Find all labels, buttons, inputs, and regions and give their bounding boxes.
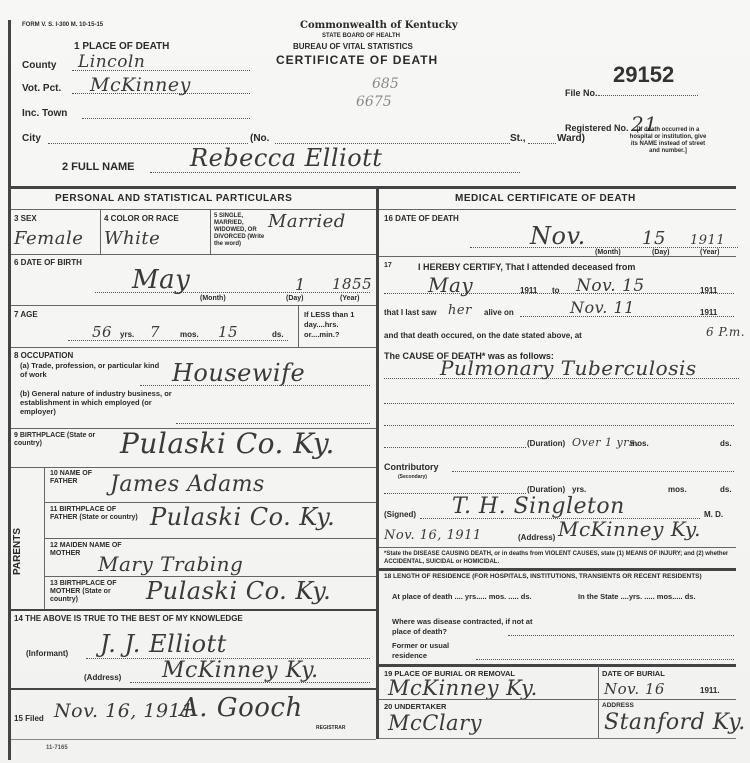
dod-day: 15 [642,228,666,249]
mother-name-value: Mary Trabing [98,552,243,576]
father-name-value: James Adams [110,472,265,497]
month-caption: (Month) [200,295,226,302]
divider [11,209,376,210]
knowledge-label: 14 THE ABOVE IS TRUE TO THE BEST OF MY K… [14,614,243,623]
dob-label: 6 DATE OF BIRTH [14,258,82,267]
vot-pct-value: McKinney [90,74,191,96]
date-of-death-label: 16 DATE OF DEATH [384,214,459,223]
county-label: County [22,60,56,71]
age-label: 7 AGE [14,310,38,319]
filed-label: 15 Filed [14,714,44,723]
months-caption: mos. [180,330,199,339]
alive-on-value: Nov. 11 [570,298,635,317]
bureau-title: BUREAU OF VITAL STATISTICS [293,42,413,51]
age-months: 7 [150,323,160,341]
dob-day: 1 [295,275,306,294]
divider [44,538,376,539]
cause-line-3 [384,425,734,426]
less-than-day-label: If LESS than 1 day....hrs. or....min.? [304,310,374,340]
pencil-note-2: 6675 [356,94,392,110]
race-label: 4 COLOR OR RACE [104,214,179,223]
last-saw-label: that I last saw [384,308,436,317]
secondary-label: (Secondary) [398,474,427,480]
duration-line [384,447,526,448]
age-days: 15 [218,323,238,341]
city-label: City [22,133,41,144]
marital-label: 5 SINGLE, MARRIED, WIDOWED, OR DIVORCED … [214,213,274,248]
divider [11,467,376,468]
divider [379,568,736,571]
divider [11,305,376,306]
alive-on-year: 1911 [700,308,717,317]
duration-label: (Duration) [527,439,565,448]
place-of-death-label: 1 PLACE OF DEATH [74,41,169,52]
contracted-line [508,635,734,636]
contracted-label: Where was disease contracted, if not at … [392,617,542,637]
ward-label: Ward) [557,133,585,144]
birthplace-label: 9 BIRTHPLACE (State or country) [14,432,114,448]
registered-no-label: Registered No. [565,123,629,133]
contributory-line [452,471,734,472]
divider [379,738,736,739]
attended-from-year: 1911 [520,286,537,295]
undertaker-value: McClary [388,711,482,735]
contributory-label: Contributory [384,462,439,472]
board-title: STATE BOARD OF HEALTH [322,33,400,39]
undertaker-address-label: ADDRESS [602,702,634,709]
attended-to: Nov. 15 [576,276,645,296]
sex-label: 3 SEX [14,214,37,223]
dob-year: 1855 [332,275,372,293]
medical-section-title: MEDICAL CERTIFICATE OF DEATH [455,193,636,204]
burial-place-value: McKinney Ky. [388,676,538,700]
full-name-line [150,172,520,173]
in-state-label: In the State ....yrs. ..... mos..... ds. [578,592,738,602]
alive-on-label: alive on [484,308,514,317]
footer-code: 11-7165 [46,745,68,751]
filed-value: Nov. 16, 1911 [54,700,194,722]
mother-birthplace-label: 13 BIRTHPLACE OF MOTHER (State or countr… [50,580,140,604]
cause-line-2 [384,403,734,404]
undertaker-address-value: Stanford Ky. [604,710,746,735]
document-title: CERTIFICATE OF DEATH [276,53,438,67]
dob-month: May [132,265,190,295]
death-certificate: FORM V. S. I-300 M. 10-15-15 Commonwealt… [0,0,750,763]
burial-date-value: Nov. 16 [604,680,665,698]
commonwealth-title: Commonwealth of Kentucky [300,20,458,31]
divider [379,664,736,667]
duration-mos: mos. [630,439,649,448]
cause-footnote: *State the DISEASE CAUSING DEATH, or in … [384,550,736,566]
dod-month-caption: (Month) [595,249,621,256]
hospital-note: [If death occurred in a hospital or inst… [628,127,708,155]
dod-day-caption: (Day) [652,249,670,256]
burial-date-label: DATE OF BURIAL [602,669,665,678]
death-time: 6 P.m. [706,325,745,339]
signed-label: (Signed) [384,510,416,519]
at-place-label: At place of death .... yrs..... mos. ...… [392,592,572,602]
duration2-yrs: yrs. [572,485,586,494]
death-occurred-text: and that death occured, on the date stat… [384,331,582,340]
divider [11,739,376,740]
divider [11,347,376,348]
attended-from: May [428,273,473,297]
vot-pct-label: Vot. Pct. [22,83,61,94]
signed-date: Nov. 16, 1911 [384,528,482,543]
informant-value: J. J. Elliott [100,630,227,658]
divider [100,209,101,254]
to-label: to [552,286,560,295]
left-border [8,20,11,760]
occupation-value: Housewife [172,359,305,387]
father-birthplace-value: Pulaski Co. Ky. [150,503,335,531]
street-no-label: (No. [250,133,269,144]
certify-number: 17 [384,262,392,269]
divider [298,305,299,347]
dod-year-caption: (Year) [700,249,719,256]
days-caption: ds. [272,330,284,339]
occupation-b-line [176,423,370,424]
full-name-label: 2 FULL NAME [62,161,135,173]
divider [11,609,376,611]
informant-address-value: McKinney Ky. [162,658,319,683]
attended-to-year: 1911 [700,286,717,295]
parents-label: PARENTS [12,528,23,575]
duration-ds: ds. [720,439,732,448]
registrar-label: REGISTRAR [316,725,345,731]
ward-line [528,143,556,144]
informant-address-label: (Address) [84,673,121,682]
inc-town-label: Inc. Town [22,108,67,119]
file-no-label: File No. [565,88,598,98]
full-name-value: Rebecca Elliott [190,144,382,172]
signed-value: T. H. Singleton [452,494,625,519]
st-label: St., [510,133,526,144]
inc-town-line [82,118,250,119]
signed-address-value: McKinney Ky. [558,517,701,541]
informant-label: (Informant) [26,649,68,658]
birthplace-value: Pulaski Co. Ky. [120,427,335,460]
duration2-ds: ds. [720,485,732,494]
header-separator [11,186,736,189]
certify-text: I HEREBY CERTIFY, That I attended deceas… [418,262,635,272]
year-caption: (Year) [340,295,359,302]
father-birthplace-label: 11 BIRTHPLACE OF FATHER (State or countr… [50,506,140,522]
race-value: White [104,228,160,249]
divider [379,256,736,257]
signed-address-label: (Address) [518,533,555,542]
years-caption: yrs. [120,330,134,339]
occupation-b-label: (b) General nature of industry business,… [20,389,180,416]
occupation-a-label: (a) Trade, profession, or particular kin… [20,361,160,379]
duration2-mos: mos. [668,485,687,494]
registrar-signature: A. Gooch [180,693,303,723]
file-number-stamp: 29152 [613,62,674,88]
md-label: M. D. [704,510,723,519]
burial-year: 1911. [700,686,720,695]
mother-birthplace-value: Pulaski Co. Ky. [146,577,331,605]
divider [379,699,736,700]
divider [598,666,599,738]
county-value: Lincoln [78,52,145,72]
personal-section-title: PERSONAL AND STATISTICAL PARTICULARS [55,193,292,204]
divider [379,209,736,210]
form-number: FORM V. S. I-300 M. 10-15-15 [22,22,103,28]
age-years: 56 [92,323,112,341]
divider [11,688,376,690]
sex-value: Female [14,228,83,249]
pencil-note-1: 685 [372,76,399,92]
undertaker-label: 20 UNDERTAKER [384,702,446,711]
former-residence-label: Former or usual residence [392,641,482,661]
divider [11,254,376,255]
column-divider [376,189,379,739]
file-no-field: File No. [565,88,715,98]
cause-value: Pulmonary Tuberculosis [440,356,697,380]
divider [210,209,211,254]
duration2-label: (Duration) [527,485,565,494]
dod-year: 1911 [690,233,725,248]
divider [379,547,736,548]
occupation-label: 8 OCCUPATION [14,351,73,360]
last-saw-pronoun: her [448,303,472,318]
residence-label: 18 LENGTH OF RESIDENCE (FOR HOSPITALS, I… [384,573,736,581]
former-residence-line [476,659,734,660]
marital-value: Married [268,211,346,232]
dod-month: Nov. [530,222,586,250]
day-caption: (Day) [286,295,304,302]
